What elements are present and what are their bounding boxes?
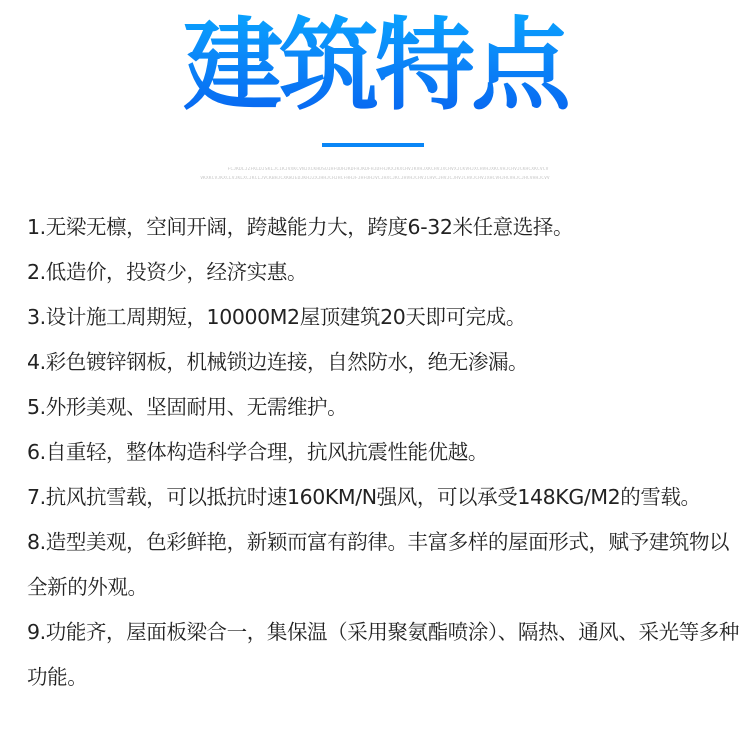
feature-item-5: 5.外形美观、坚固耐用、无需维护。 (27, 385, 747, 430)
feature-item-8: 8.造型美观，色彩鲜艳，新颖而富有韵律。丰富多样的屋面形式，赋予建筑物以全新的外… (27, 520, 747, 610)
feature-item-1: 1.无梁无檩，空间开阔，跨越能力大，跨度6-32米任意选择。 (27, 205, 747, 250)
feature-item-4: 4.彩色镀锌钢板，机械锁边连接，自然防水，绝无渗漏。 (27, 340, 747, 385)
feature-list: 1.无梁无檩，空间开阔，跨越能力大，跨度6-32米任意选择。 2.低造价，投资少… (27, 205, 747, 700)
feature-item-7: 7.抗风抗雪载，可以抵抗时速160KM/N强风，可以承受148KG/M2的雪载。 (27, 475, 747, 520)
decorative-text-line-2: VKXKCVJKXCLVJKLXCJKCLJVCKBHJCXKWJEDJKHJZ… (0, 176, 750, 182)
feature-item-9: 9.功能齐，屋面板梁合一，集保温（采用聚氨酯喷涂）、隔热、通风、采光等多种功能。 (27, 610, 747, 700)
feature-item-3: 3.设计施工周期短，10000M2屋顶建筑20天即可完成。 (27, 295, 747, 340)
decorative-text-line-1: FCJKDLJZFKLDJSKLJCIKJVXKCVNJXCKHDSUIHFUD… (0, 167, 750, 173)
page-title: 建筑特点 (0, 6, 750, 126)
feature-item-6: 6.自重轻，整体构造科学合理，抗风抗震性能优越。 (27, 430, 747, 475)
feature-item-2: 2.低造价，投资少，经济实惠。 (27, 250, 747, 295)
title-divider (322, 143, 424, 147)
